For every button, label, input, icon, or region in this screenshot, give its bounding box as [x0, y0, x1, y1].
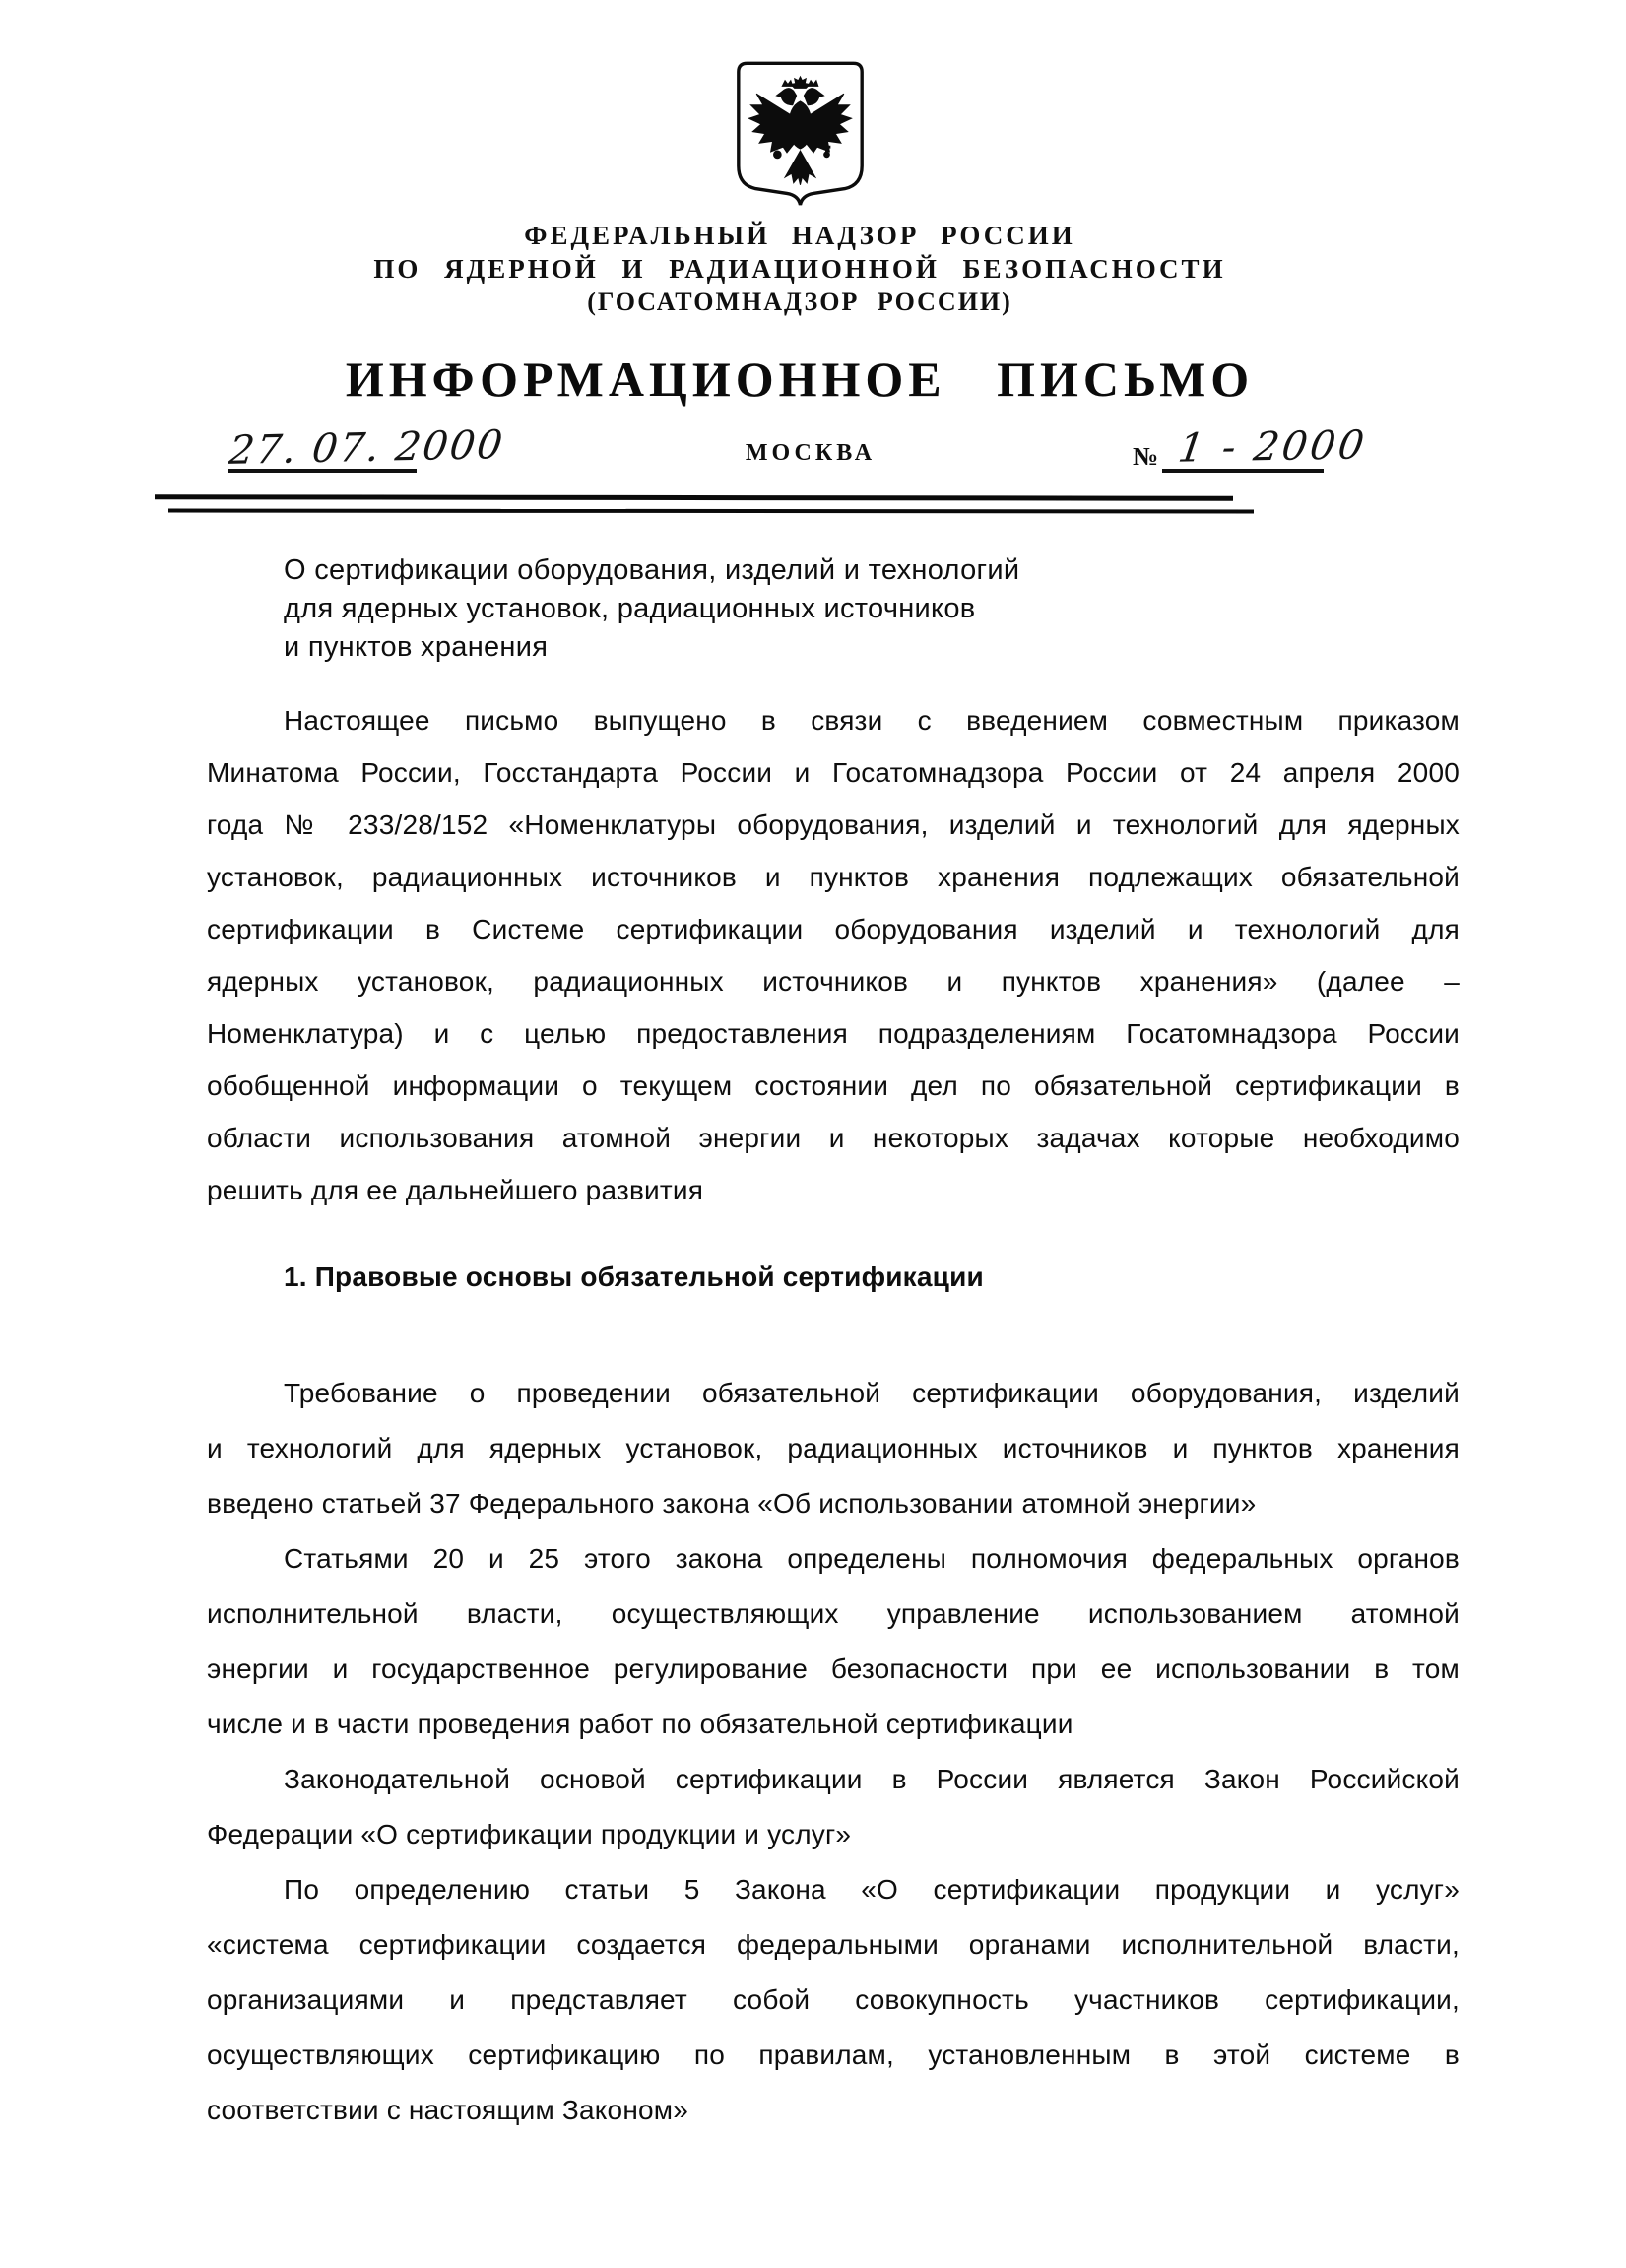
body-line: соответствии с настоящим Законом»: [207, 2083, 1460, 2138]
body-line: исполнительной власти, осуществляющих уп…: [207, 1587, 1460, 1642]
body-line: Требование о проведении обязательной сер…: [207, 1366, 1460, 1421]
city-label: МОСКВА: [737, 440, 884, 467]
body-line: «система сертификации создается федераль…: [207, 1917, 1460, 1973]
paragraph-3: Статьями 20 и 25 этого закона определены…: [207, 1531, 1460, 1752]
russia-coat-of-arms-icon: [734, 59, 867, 217]
body-line: сертификации в Системе сертификации обор…: [207, 903, 1460, 955]
body-line: года № 233/28/152 «Номенклатуры оборудов…: [207, 799, 1460, 851]
org-name-line-2: ПО ЯДЕРНОЙ И РАДИАЦИОННОЙ БЕЗОПАСНОСТИ: [0, 254, 1599, 285]
scanned-letter-page: ФЕДЕРАЛЬНЫЙ НАДЗОР РОССИИ ПО ЯДЕРНОЙ И Р…: [0, 0, 1626, 2268]
body-line: энергии и государственное регулирование …: [207, 1642, 1460, 1697]
document-type-title: ИНФОРМАЦИОННОЕ ПИСЬМО: [0, 351, 1599, 408]
section-1-heading: 1. Правовые основы обязательной сертифик…: [284, 1261, 1367, 1293]
subject-line: и пунктов хранения: [284, 628, 1170, 667]
paragraph-5: По определению статьи 5 Закона «О сертиф…: [207, 1862, 1460, 2138]
body-line: Настоящее письмо выпущено в связи с введ…: [207, 694, 1460, 746]
paragraph-4: Законодательной основой сертификации в Р…: [207, 1752, 1460, 1862]
body-line: Федерации «О сертификации продукции и ус…: [207, 1807, 1460, 1862]
body-line: осуществляющих сертификацию по правилам,…: [207, 2028, 1460, 2083]
paragraph-2: Требование о проведении обязательной сер…: [207, 1366, 1460, 1531]
body-line: Законодательной основой сертификации в Р…: [207, 1752, 1460, 1807]
body-line: и технологий для ядерных установок, ради…: [207, 1421, 1460, 1476]
separator-rule-top: [155, 494, 1233, 501]
body-line: числе и в части проведения работ по обяз…: [207, 1697, 1460, 1752]
body-line: Номенклатура) и с целью предоставления п…: [207, 1007, 1460, 1060]
body-line: обобщенной информации о текущем состояни…: [207, 1060, 1460, 1112]
body-line: решить для ее дальнейшего развития: [207, 1164, 1460, 1216]
subject-line: для ядерных установок, радиационных исто…: [284, 590, 1170, 628]
subject-line: О сертификации оборудования, изделий и т…: [284, 551, 1170, 590]
body-line: введено статьей 37 Федерального закона «…: [207, 1476, 1460, 1531]
body-line: организациями и представляет собой совок…: [207, 1973, 1460, 2028]
number-underline: [1162, 469, 1324, 473]
body-line: ядерных установок, радиационных источник…: [207, 955, 1460, 1007]
body-line: Минатома России, Госстандарта России и Г…: [207, 746, 1460, 799]
number-sign: №: [1133, 442, 1158, 472]
org-name-line-1: ФЕДЕРАЛЬНЫЙ НАДЗОР РОССИИ: [0, 221, 1599, 251]
org-name-line-3: (ГОСАТОМНАДЗОР РОССИИ): [0, 288, 1599, 317]
body-line: области использования атомной энергии и …: [207, 1112, 1460, 1164]
separator-rule-bottom: [168, 509, 1254, 514]
body-line: По определению статьи 5 Закона «О сертиф…: [207, 1862, 1460, 1917]
handwritten-date: 27. 07. 2000: [227, 422, 507, 474]
handwritten-document-number: 1 - 2000: [1176, 422, 1370, 471]
subject-block: О сертификации оборудования, изделий и т…: [284, 551, 1170, 667]
body-line: установок, радиационных источников и пун…: [207, 851, 1460, 903]
date-underline: [228, 469, 417, 473]
body-line: Статьями 20 и 25 этого закона определены…: [207, 1531, 1460, 1587]
paragraph-1: Настоящее письмо выпущено в связи с введ…: [207, 694, 1460, 1216]
